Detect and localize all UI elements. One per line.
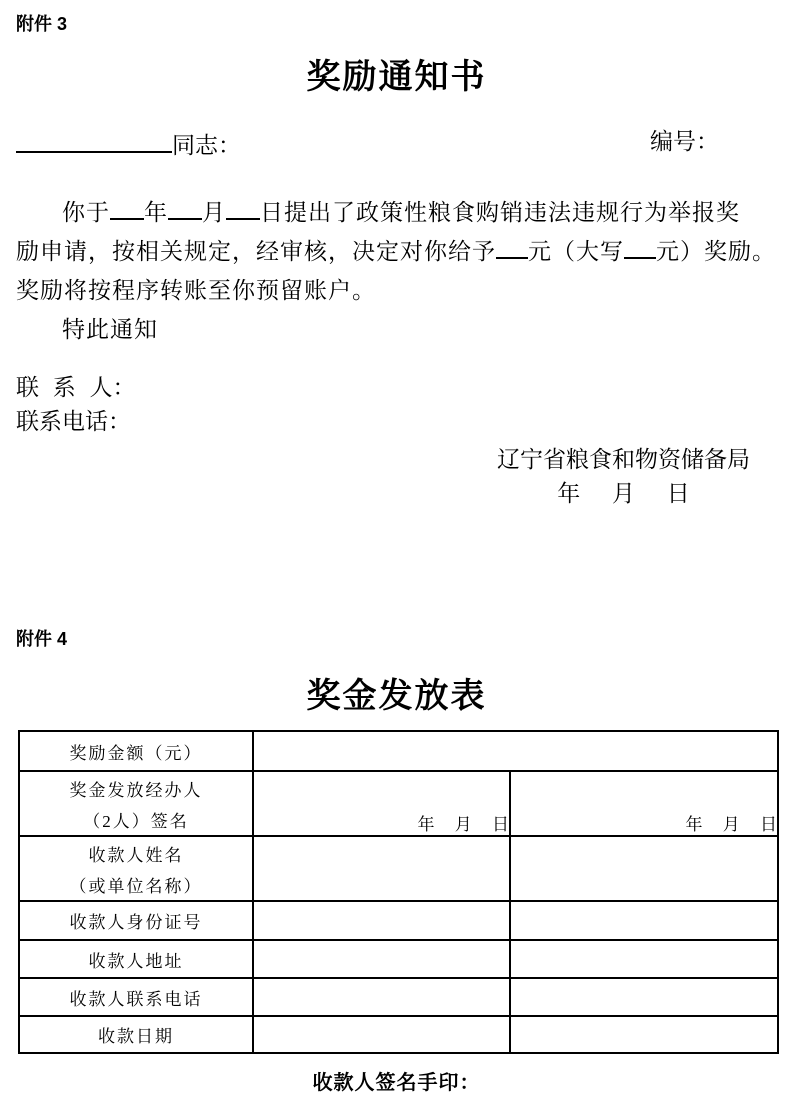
salutation-label: 同志： bbox=[172, 133, 241, 158]
name-blank-underline bbox=[16, 127, 172, 153]
label-cell-receipt-date: 收款日期 bbox=[19, 1016, 253, 1053]
notice-title: 奖励通知书 bbox=[16, 57, 777, 99]
value-cell-payee-address-2 bbox=[510, 940, 778, 978]
amount-blank-underline bbox=[496, 237, 528, 259]
value-cell-receipt-date-1 bbox=[253, 1016, 510, 1053]
label-line-2: （或单位名称） bbox=[20, 872, 252, 897]
table-row-receipt-date: 收款日期 bbox=[19, 1016, 778, 1053]
document-page: 附件 3 奖励通知书 编号： 同志： 你于年月日提出了政策性粮食购销违法违规行为… bbox=[0, 0, 789, 1100]
signature-date-placeholder: 年 月 日 bbox=[497, 477, 750, 511]
body-line-1: 你于年月日提出了政策性粮食购销违法违规行为举报奖 bbox=[16, 193, 777, 232]
body-line-2: 励申请，按相关规定，经审核，决定对你给予元（大写元）奖励。 bbox=[16, 232, 777, 271]
label-cell-payee-address: 收款人地址 bbox=[19, 940, 253, 978]
text-segment: 你于 bbox=[62, 200, 110, 225]
text-segment: 年 bbox=[144, 200, 168, 225]
value-cell-payee-phone-2 bbox=[510, 978, 778, 1016]
body-line-3: 奖励将按程序转账至你预留账户。 bbox=[16, 271, 777, 310]
label-line-2: （2人）签名 bbox=[20, 807, 252, 832]
day-blank-underline bbox=[226, 198, 260, 220]
contact-phone-label: 联系电话： bbox=[16, 405, 777, 439]
signature-date-cell-2: 年 月 日 bbox=[510, 771, 778, 836]
value-cell-payee-id-2 bbox=[510, 901, 778, 940]
value-cell-payee-address-1 bbox=[253, 940, 510, 978]
label-cell-payee-name: 收款人姓名 （或单位名称） bbox=[19, 836, 253, 901]
label-cell-payee-phone: 收款人联系电话 bbox=[19, 978, 253, 1016]
table-row-reward-amount: 奖励金额（元） bbox=[19, 731, 778, 771]
text-segment: 日提出了政策性粮食购销违法违规行为举报奖 bbox=[260, 200, 740, 225]
year-blank-underline bbox=[110, 198, 144, 220]
text-segment: 元）奖励。 bbox=[656, 239, 776, 264]
bonus-distribution-table: 奖励金额（元） 奖金发放经办人 （2人）签名 年 月 日 年 月 日 收款人姓名… bbox=[18, 730, 779, 1054]
body-line-4: 特此通知 bbox=[16, 310, 777, 349]
text-segment: 励申请，按相关规定，经审核，决定对你给予 bbox=[16, 239, 496, 264]
label-cell-reward-amount: 奖励金额（元） bbox=[19, 731, 253, 771]
table-row-payee-phone: 收款人联系电话 bbox=[19, 978, 778, 1016]
signature-date-cell-1: 年 月 日 bbox=[253, 771, 510, 836]
text-segment: 元（大写 bbox=[528, 239, 624, 264]
value-cell-reward-amount bbox=[253, 731, 778, 771]
table-row-payee-address: 收款人地址 bbox=[19, 940, 778, 978]
agency-name: 辽宁省粮食和物资储备局 bbox=[497, 443, 750, 477]
value-cell-payee-phone-1 bbox=[253, 978, 510, 1016]
label-cell-handler-signatures: 奖金发放经办人 （2人）签名 bbox=[19, 771, 253, 836]
ref-number-label: 编号： bbox=[650, 127, 719, 157]
text-segment: 月 bbox=[202, 200, 226, 225]
salutation-row: 编号： 同志： bbox=[16, 127, 777, 161]
attachment-3-label: 附件 3 bbox=[16, 0, 777, 37]
value-cell-payee-id-1 bbox=[253, 901, 510, 940]
value-cell-receipt-date-2 bbox=[510, 1016, 778, 1053]
form-title: 奖金发放表 bbox=[16, 676, 777, 718]
value-cell-payee-name-2 bbox=[510, 836, 778, 901]
table-row-payee-id: 收款人身份证号 bbox=[19, 901, 778, 940]
label-line-1: 收款人姓名 bbox=[20, 841, 252, 866]
value-cell-payee-name-1 bbox=[253, 836, 510, 901]
attachment-4-label: 附件 4 bbox=[16, 627, 777, 652]
signature-block: 辽宁省粮食和物资储备局 年 月 日 bbox=[497, 443, 750, 511]
month-blank-underline bbox=[168, 198, 202, 220]
table-row-handler-signatures: 奖金发放经办人 （2人）签名 年 月 日 年 月 日 bbox=[19, 771, 778, 836]
notice-body: 你于年月日提出了政策性粮食购销违法违规行为举报奖 励申请，按相关规定，经审核，决… bbox=[16, 193, 777, 349]
table-row-payee-name: 收款人姓名 （或单位名称） bbox=[19, 836, 778, 901]
amount-words-blank-underline bbox=[624, 237, 656, 259]
contact-block: 联 系 人： 联系电话： bbox=[16, 371, 777, 439]
label-cell-payee-id: 收款人身份证号 bbox=[19, 901, 253, 940]
label-line-1: 奖金发放经办人 bbox=[20, 776, 252, 801]
contact-person-label: 联 系 人： bbox=[16, 371, 777, 405]
payee-signature-fingerprint-label: 收款人签名手印： bbox=[16, 1066, 777, 1095]
